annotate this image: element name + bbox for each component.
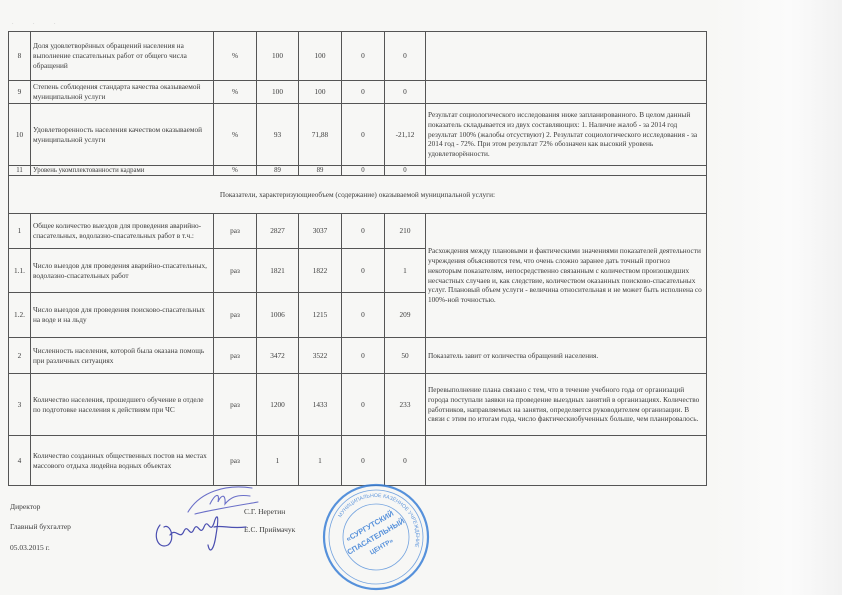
indicator-name: Удовлетворенность населения качеством ок… — [31, 104, 214, 166]
indicator-name: Численность населения, которой была оказ… — [31, 338, 214, 374]
indicator-name: Степень соблюдения стандарта качества ок… — [31, 81, 214, 104]
allowed-deviation: 0 — [342, 81, 385, 104]
unit: раз — [214, 436, 257, 486]
row-number: 11 — [9, 166, 31, 176]
scan-specks: . . . — [12, 20, 65, 26]
indicator-name: Общее количество выездов для проведения … — [31, 214, 214, 249]
row-number: 10 — [9, 104, 31, 166]
indicator-name: Количество созданных общественных постов… — [31, 436, 214, 486]
indicator-name: Число выездов для проведения поисково-сп… — [31, 293, 214, 338]
row-number: 8 — [9, 32, 31, 81]
allowed-deviation: 0 — [342, 249, 385, 293]
deviation: 0 — [385, 166, 426, 176]
plan-value: 2827 — [257, 214, 299, 249]
fact-value: 1 — [299, 436, 342, 486]
table-row: 9 Степень соблюдения стандарта качества … — [9, 81, 707, 104]
director-label: Директор — [10, 503, 40, 511]
accountant-name: Е.С. Приймачук — [244, 525, 295, 534]
table-row: 1 Общее количество выездов для проведени… — [9, 214, 707, 249]
fact-value: 1215 — [299, 293, 342, 338]
section-heading-row: Показатели, характеризующиеобъем (содерж… — [9, 176, 707, 214]
table-row: 11 Уровень укомплектованности кадрами % … — [9, 166, 707, 176]
note — [426, 81, 707, 104]
note: Показатель завит от количества обращений… — [426, 338, 707, 374]
allowed-deviation: 0 — [342, 436, 385, 486]
fact-value: 1433 — [299, 374, 342, 436]
indicator-name: Количество населения, прошедшего обучени… — [31, 374, 214, 436]
fact-value: 100 — [299, 81, 342, 104]
deviation: 0 — [385, 32, 426, 81]
note: Перевыполнение плана связано с тем, что … — [426, 374, 707, 436]
accountant-label: Главный бухгалтер — [10, 523, 71, 531]
page-edge-shadow — [712, 0, 842, 595]
accountant-signature — [150, 505, 250, 560]
allowed-deviation: 0 — [342, 338, 385, 374]
unit: % — [214, 32, 257, 81]
allowed-deviation: 0 — [342, 32, 385, 81]
plan-value: 89 — [257, 166, 299, 176]
allowed-deviation: 0 — [342, 104, 385, 166]
row-number: 1.1. — [9, 249, 31, 293]
unit: % — [214, 166, 257, 176]
unit: % — [214, 104, 257, 166]
plan-value: 1200 — [257, 374, 299, 436]
fact-value: 71,88 — [299, 104, 342, 166]
allowed-deviation: 0 — [342, 293, 385, 338]
note — [426, 436, 707, 486]
fact-value: 3522 — [299, 338, 342, 374]
unit: раз — [214, 214, 257, 249]
plan-value: 100 — [257, 81, 299, 104]
table-row: 2 Численность населения, которой была ок… — [9, 338, 707, 374]
table-row: 4 Количество созданных общественных пост… — [9, 436, 707, 486]
note: Расхождения между плановыми и фактически… — [426, 214, 707, 338]
note — [426, 166, 707, 176]
table-row: 3 Количество населения, прошедшего обуче… — [9, 374, 707, 436]
deviation: 209 — [385, 293, 426, 338]
deviation: 50 — [385, 338, 426, 374]
deviation: 1 — [385, 249, 426, 293]
table-row: 10 Удовлетворенность населения качеством… — [9, 104, 707, 166]
indicator-name: Уровень укомплектованности кадрами — [31, 166, 214, 176]
unit: раз — [214, 249, 257, 293]
deviation: 233 — [385, 374, 426, 436]
row-number: 4 — [9, 436, 31, 486]
allowed-deviation: 0 — [342, 166, 385, 176]
row-number: 2 — [9, 338, 31, 374]
allowed-deviation: 0 — [342, 374, 385, 436]
fact-value: 3037 — [299, 214, 342, 249]
deviation: 210 — [385, 214, 426, 249]
deviation: -21,12 — [385, 104, 426, 166]
deviation: 0 — [385, 436, 426, 486]
indicator-name: Доля удовлетворённых обращений населения… — [31, 32, 214, 81]
unit: раз — [214, 293, 257, 338]
row-number: 1.2. — [9, 293, 31, 338]
report-table: 8 Доля удовлетворённых обращений населен… — [8, 31, 707, 486]
allowed-deviation: 0 — [342, 214, 385, 249]
fact-value: 100 — [299, 32, 342, 81]
plan-value: 1821 — [257, 249, 299, 293]
deviation: 0 — [385, 81, 426, 104]
row-number: 9 — [9, 81, 31, 104]
plan-value: 3472 — [257, 338, 299, 374]
fact-value: 1822 — [299, 249, 342, 293]
table-row: 8 Доля удовлетворённых обращений населен… — [9, 32, 707, 81]
unit: раз — [214, 374, 257, 436]
row-number: 1 — [9, 214, 31, 249]
unit: % — [214, 81, 257, 104]
section-heading: Показатели, характеризующиеобъем (содерж… — [9, 176, 707, 214]
indicator-name: Число выездов для проведения аварийно-сп… — [31, 249, 214, 293]
fact-value: 89 — [299, 166, 342, 176]
plan-value: 1006 — [257, 293, 299, 338]
row-number: 3 — [9, 374, 31, 436]
unit: раз — [214, 338, 257, 374]
date-label: 05.03.2015 г. — [10, 544, 50, 552]
plan-value: 93 — [257, 104, 299, 166]
official-stamp: МУНИЦИПАЛЬНОЕ КАЗЁННОЕ УЧРЕЖДЕНИЕ «СУРГУ… — [320, 482, 432, 592]
plan-value: 100 — [257, 32, 299, 81]
plan-value: 1 — [257, 436, 299, 486]
note — [426, 32, 707, 81]
note: Результат социологического исследования … — [426, 104, 707, 166]
